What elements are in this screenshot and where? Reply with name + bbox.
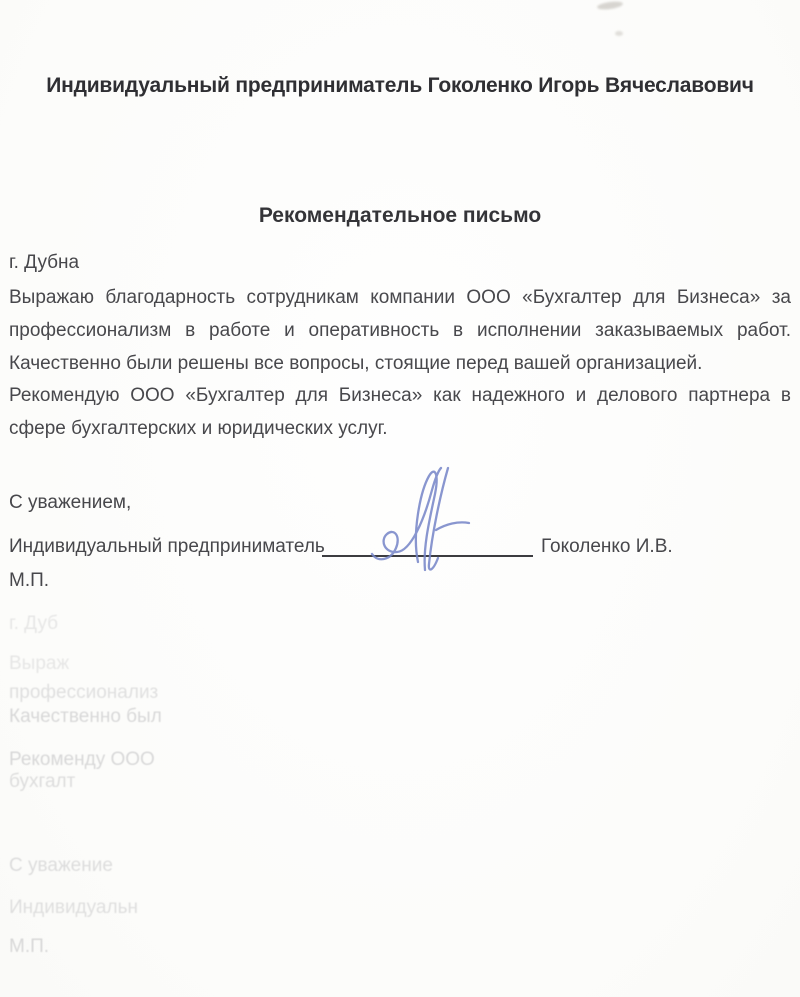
bleed-through-text: Качественно был — [9, 706, 162, 728]
signatory-name: Гоколенко И.В. — [541, 536, 673, 558]
bleed-through-text: Индивидуальн — [9, 897, 138, 919]
bleed-through-text: бухгалт — [9, 771, 75, 793]
bleed-through-text: г. Дуб — [9, 613, 58, 635]
city-line: г. Дубна — [9, 252, 79, 274]
bleed-through-text: С уважение — [9, 855, 113, 877]
closing-salutation: С уважением, — [9, 492, 131, 514]
handwritten-signature-icon — [366, 458, 484, 580]
letterhead-company-name: Индивидуальный предприниматель Гоколенко… — [0, 74, 800, 98]
signature-stroke — [429, 468, 448, 570]
scan-smudge — [615, 31, 623, 36]
signature-role-label: Индивидуальный предприниматель — [9, 536, 325, 558]
bleed-through-text: Рекоменду ООО — [9, 749, 155, 771]
bleed-through-text: профессионализ — [9, 682, 158, 704]
signature-stroke — [436, 522, 469, 530]
bleed-through-text: Выраж — [9, 653, 69, 675]
scan-smudge — [597, 0, 624, 11]
seal-placeholder: М.П. — [9, 570, 49, 592]
scanned-letter-page: Индивидуальный предприниматель Гоколенко… — [0, 0, 800, 997]
bleed-through-text: М.П. — [9, 936, 49, 958]
body-paragraph-1: Выражаю благодарность сотрудникам компан… — [9, 281, 791, 380]
document-title: Рекомендательное письмо — [0, 204, 800, 228]
body-paragraph-2: Рекомендую ООО «Бухгалтер для Бизнеса» к… — [9, 379, 791, 445]
